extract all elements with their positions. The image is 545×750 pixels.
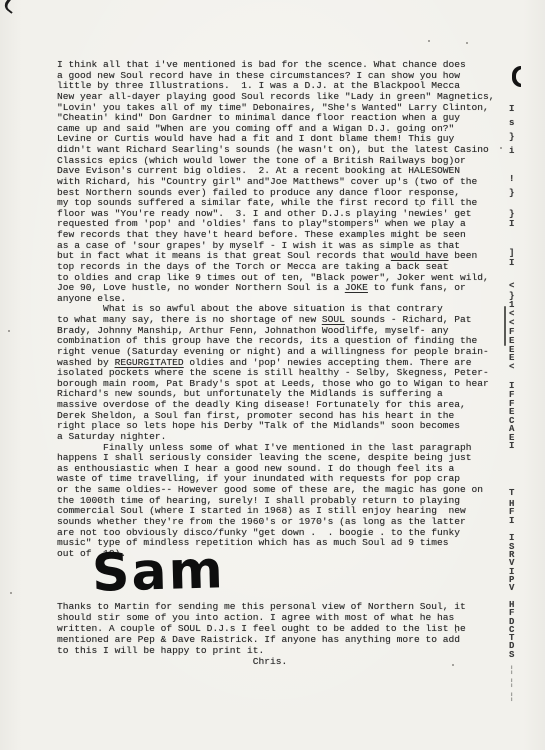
cutoff-character: V — [509, 583, 514, 593]
text-line: should stir some of you into action. I a… — [57, 612, 513, 623]
scan-speck — [452, 664, 454, 666]
scan-speck — [455, 631, 457, 633]
cutoff-character: I — [509, 567, 514, 577]
cutoff-character: V — [509, 558, 514, 568]
signature-sam: Sam — [91, 544, 225, 599]
text-line: with Richard, his "Country girl" and"Joe… — [57, 177, 513, 188]
text-line: mentioned are Pep & Dave Raistrick. If a… — [57, 634, 513, 645]
scan-speck — [428, 40, 430, 42]
scan-speck — [414, 118, 416, 120]
scan-speck — [432, 466, 434, 468]
cutoff-bracket-glyph — [512, 66, 521, 87]
scan-speck — [8, 330, 10, 332]
text-line: top records in the days of the Torch or … — [57, 262, 513, 273]
scanned-page: I think all that i've mentioned is bad f… — [0, 0, 545, 750]
text-line: sounds whether they're from the 1960's o… — [57, 517, 513, 528]
scan-speck — [10, 592, 12, 594]
cutoff-character: ¦ — [509, 692, 514, 702]
text-line: a Saturday nighter. — [57, 432, 513, 443]
paragraph-1: I think all that i've mentioned is bad f… — [57, 60, 513, 304]
text-line: written. A couple of SOUL D.J.s I feel o… — [57, 623, 513, 634]
pen-line-right-margin — [504, 306, 506, 346]
text-line: Chris. — [57, 656, 513, 667]
text-line: New year all-dayer playing good Soul rec… — [57, 92, 513, 103]
scan-speck — [466, 42, 468, 44]
text-line: to this I will be happy to print it. — [57, 645, 513, 656]
text-line: Thanks to Martin for sending me this per… — [57, 601, 513, 612]
cutoff-character: ¦ — [509, 678, 514, 688]
article-body: I think all that i've mentioned is bad f… — [57, 60, 513, 559]
paragraph-2: What is so awful about the above situati… — [57, 304, 513, 442]
cutoff-character: P — [509, 575, 514, 585]
pen-mark-top-left — [2, 0, 22, 14]
editor-note: Thanks to Martin for sending me this per… — [57, 601, 513, 667]
scan-speck — [419, 205, 421, 207]
scan-speck — [500, 147, 502, 149]
